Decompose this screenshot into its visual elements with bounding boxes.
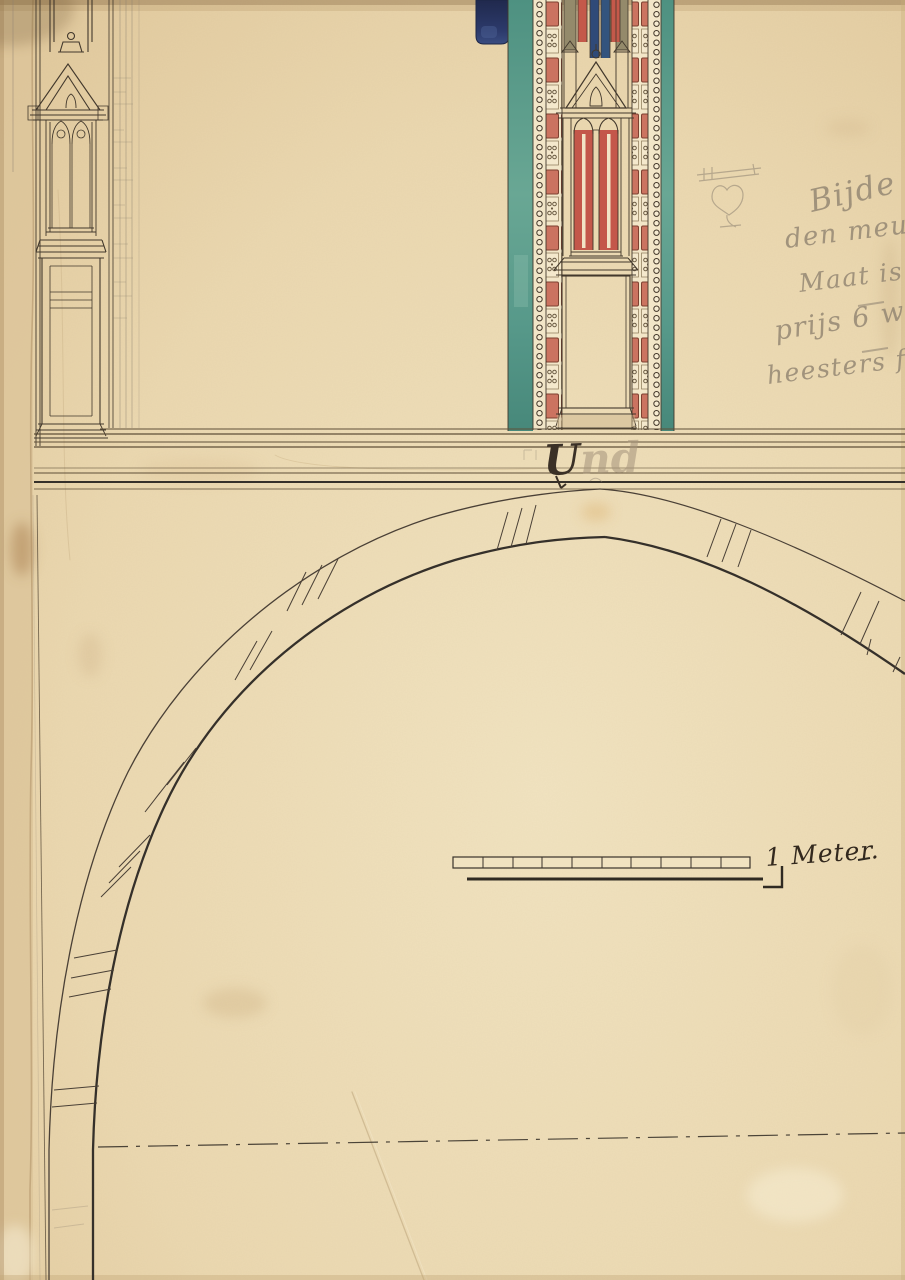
beaded-border-left xyxy=(533,0,546,430)
beaded-border-right xyxy=(648,0,661,430)
navy-paint-swatch xyxy=(476,0,509,44)
drawing-canvas: Und Bijde vr den meu Maat is prijs 6 w h… xyxy=(0,0,905,1280)
teal-band-left xyxy=(508,0,533,431)
ornament-strip-right xyxy=(632,0,648,430)
ornament-strip-left xyxy=(546,0,562,430)
frieze-letter-inked: U xyxy=(543,435,584,485)
paper-left-margin xyxy=(0,0,33,1280)
frieze-letters-pencil: nd xyxy=(579,433,641,484)
scanned-drawing-page: Und Bijde vr den meu Maat is prijs 6 w h… xyxy=(0,0,905,1280)
teal-band-right xyxy=(661,0,674,431)
paper-background xyxy=(0,0,905,1280)
